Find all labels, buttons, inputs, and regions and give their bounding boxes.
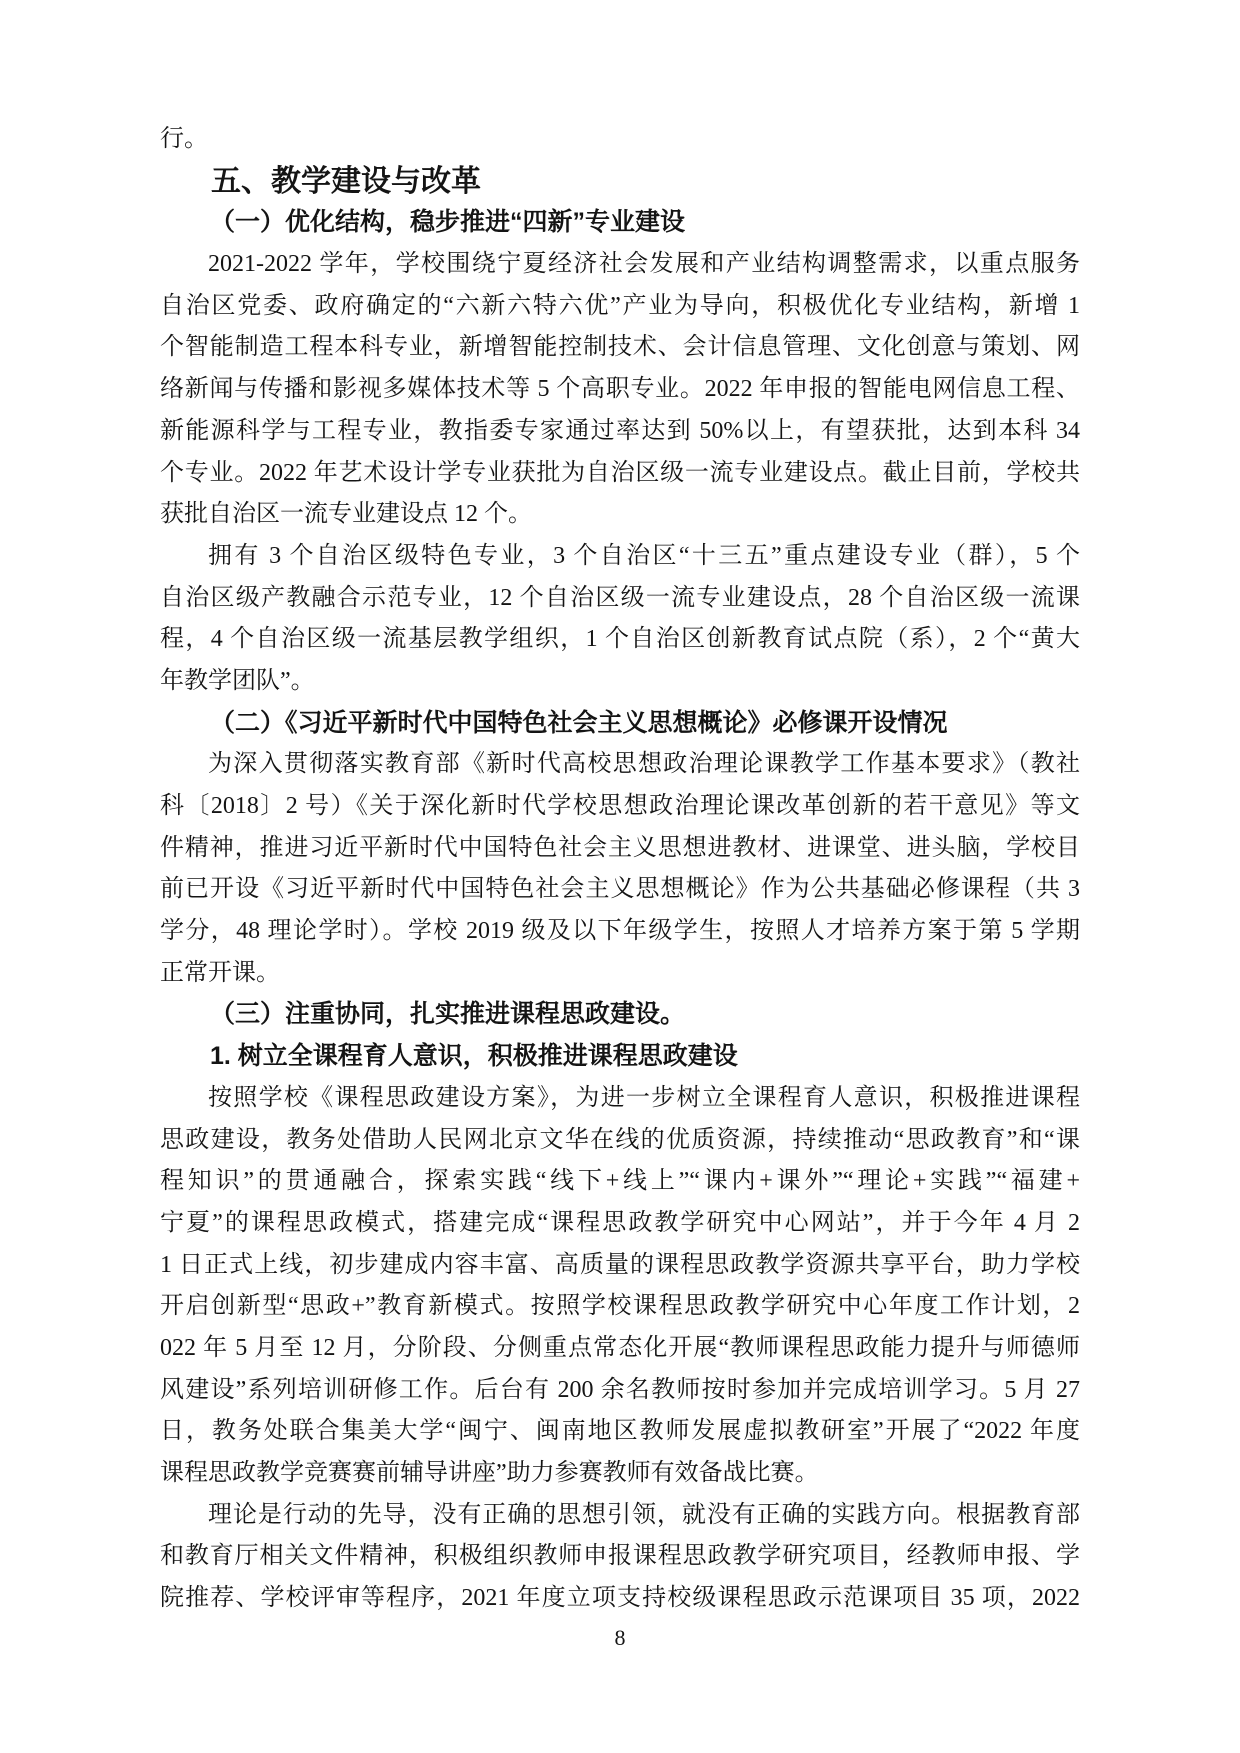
paragraph-line: 前已开设《习近平新时代中国特色社会主义思想概论》作为公共基础必修课程（共 3 <box>160 869 1080 911</box>
paragraph-line: 院推荐、学校评审等程序，2021 年度立项支持校级课程思政示范课项目 35 项，… <box>160 1578 1080 1620</box>
paragraph-line: 理论是行动的先导，没有正确的思想引领，就没有正确的实践方向。根据教育部 <box>160 1495 1080 1537</box>
document-body: 行。五、教学建设与改革（一）优化结构，稳步推进“四新”专业建设2021-2022… <box>0 0 1240 1620</box>
document-page: 行。五、教学建设与改革（一）优化结构，稳步推进“四新”专业建设2021-2022… <box>0 0 1240 1753</box>
paragraph-line: 学分，48 理论学时）。学校 2019 级及以下年级学生，按照人才培养方案于第 … <box>160 911 1080 953</box>
paragraph-line: 年教学团队”。 <box>160 661 1080 703</box>
paragraph-line: 为深入贯彻落实教育部《新时代高校思想政治理论课教学工作基本要求》（教社 <box>160 744 1080 786</box>
paragraph-line: 程知识”的贯通融合，探索实践“线下+线上”“课内+课外”“理论+实践”“福建+ <box>160 1161 1080 1203</box>
paragraph-line: 获批自治区一流专业建设点 12 个。 <box>160 494 1080 536</box>
paragraph-line: 2021-2022 学年，学校围绕宁夏经济社会发展和产业结构调整需求，以重点服务 <box>160 244 1080 286</box>
paragraph-line: 宁夏”的课程思政模式，搭建完成“课程思政教学研究中心网站”，并于今年 4 月 2 <box>160 1203 1080 1245</box>
page-number: 8 <box>615 1625 626 1650</box>
paragraph-line: 络新闻与传播和影视多媒体技术等 5 个高职专业。2022 年申报的智能电网信息工… <box>160 369 1080 411</box>
paragraph-line: 日，教务处联合集美大学“闽宁、闽南地区教师发展虚拟教研室”开展了“2022 年度 <box>160 1411 1080 1453</box>
paragraph-line: 1 日正式上线，初步建成内容丰富、高质量的课程思政教学资源共享平台，助力学校 <box>160 1245 1080 1287</box>
paragraph-line: 自治区党委、政府确定的“六新六特六优”产业为导向，积极优化专业结构，新增 1 <box>160 286 1080 328</box>
paragraph-line: 风建设”系列培训研修工作。后台有 200 余名教师按时参加并完成培训学习。5 月… <box>160 1370 1080 1412</box>
paragraph-line: 程，4 个自治区级一流基层教学组织，1 个自治区创新教育试点院（系），2 个“黄… <box>160 619 1080 661</box>
paragraph-line: 个智能制造工程本科专业，新增智能控制技术、会计信息管理、文化创意与策划、网 <box>160 327 1080 369</box>
section-heading-5: 1. 树立全课程育人意识，积极推进课程思政建设 <box>160 1036 1080 1078</box>
paragraph-line: 正常开课。 <box>160 953 1080 995</box>
section-heading-1: 五、教学建设与改革 <box>160 161 1080 203</box>
paragraph-line: 行。 <box>160 119 1080 161</box>
section-heading-4: （三）注重协同，扎实推进课程思政建设。 <box>160 994 1080 1036</box>
section-heading-2: （一）优化结构，稳步推进“四新”专业建设 <box>160 202 1080 244</box>
paragraph-line: 科〔2018〕2 号）《关于深化新时代学校思想政治理论课改革创新的若干意见》等文 <box>160 786 1080 828</box>
paragraph-line: 和教育厅相关文件精神，积极组织教师申报课程思政教学研究项目，经教师申报、学 <box>160 1536 1080 1578</box>
paragraph-line: 022 年 5 月至 12 月，分阶段、分侧重点常态化开展“教师课程思政能力提升… <box>160 1328 1080 1370</box>
paragraph-line: 思政建设，教务处借助人民网北京文华在线的优质资源，持续推动“思政教育”和“课 <box>160 1120 1080 1162</box>
paragraph-line: 新能源科学与工程专业，教指委专家通过率达到 50%以上，有望获批，达到本科 34 <box>160 411 1080 453</box>
paragraph-line: 开启创新型“思政+”教育新模式。按照学校课程思政教学研究中心年度工作计划，2 <box>160 1286 1080 1328</box>
paragraph-line: 自治区级产教融合示范专业，12 个自治区级一流专业建设点，28 个自治区级一流课 <box>160 578 1080 620</box>
paragraph-line: 拥有 3 个自治区级特色专业，3 个自治区“十三五”重点建设专业（群），5 个 <box>160 536 1080 578</box>
paragraph-line: 课程思政教学竞赛赛前辅导讲座”助力参赛教师有效备战比赛。 <box>160 1453 1080 1495</box>
paragraph-line: 按照学校《课程思政建设方案》，为进一步树立全课程育人意识，积极推进课程 <box>160 1078 1080 1120</box>
paragraph-line: 个专业。2022 年艺术设计学专业获批为自治区级一流专业建设点。截止目前，学校共 <box>160 453 1080 495</box>
section-heading-3: （二）《习近平新时代中国特色社会主义思想概论》必修课开设情况 <box>160 703 1080 745</box>
page-footer: 8 <box>0 1620 1240 1656</box>
paragraph-line: 件精神，推进习近平新时代中国特色社会主义思想进教材、进课堂、进头脑，学校目 <box>160 828 1080 870</box>
